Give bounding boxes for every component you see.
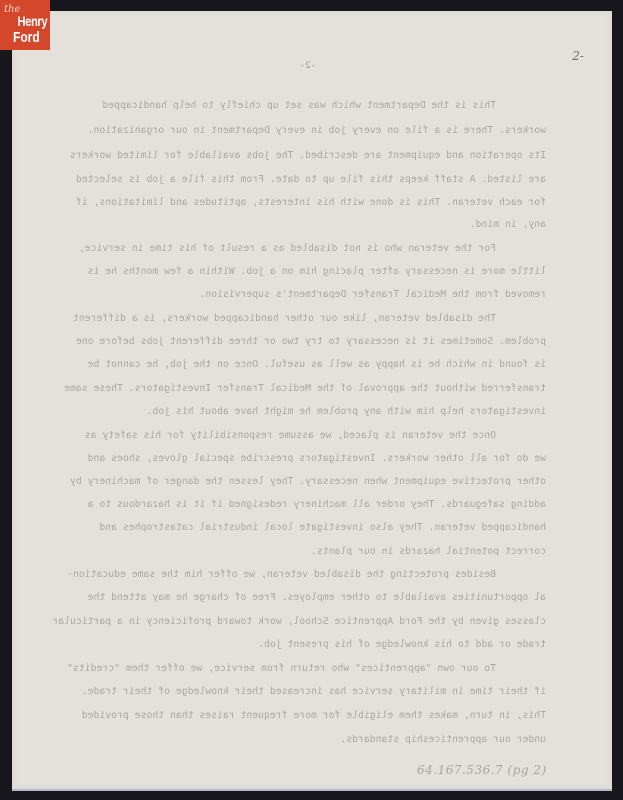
text-line: classes given by the Ford Apprentice Sch… bbox=[52, 616, 546, 627]
text-line: workers. There is a file on every job in… bbox=[88, 125, 546, 136]
typewritten-text-mirrored: -2- This is the Department which was set… bbox=[12, 11, 612, 789]
text-line: other protective equipment when necessar… bbox=[70, 476, 546, 487]
text-line: Besides protecting the disabled veteran,… bbox=[67, 569, 496, 580]
text-line: This is the Department which was set up … bbox=[102, 100, 496, 111]
text-line: little more is necessary after placing h… bbox=[88, 266, 546, 277]
text-line: we do for all other workers. Investigato… bbox=[88, 453, 546, 464]
text-line: is found in which he is happy as well as… bbox=[88, 359, 546, 370]
text-line: any, in mind. bbox=[470, 219, 546, 230]
text-line: handicapped veteran. They also investiga… bbox=[99, 522, 546, 533]
text-line: Once the veteran is placed, we assume re… bbox=[85, 430, 496, 441]
text-line: correct potential hazards in our plants. bbox=[311, 546, 546, 557]
text-line: This, in turn, makes them eligible for m… bbox=[82, 710, 546, 721]
logo-ford: Ford bbox=[13, 29, 40, 46]
text-line: al opportunities available to other empl… bbox=[88, 592, 546, 603]
text-line: under our apprenticeship standards. bbox=[340, 734, 546, 745]
text-line: for each veteran. This is done with his … bbox=[76, 197, 546, 208]
page-number: -2- bbox=[300, 61, 316, 71]
text-line: investigators help him with any problem … bbox=[146, 406, 546, 417]
document-page: 2- -2- This is the Department which was … bbox=[12, 11, 612, 789]
text-line: if their time in military service has in… bbox=[82, 686, 546, 697]
text-line: To our own "apprentices" who return from… bbox=[67, 663, 496, 674]
text-line: adding safeguards. They order all machin… bbox=[88, 499, 546, 510]
text-line: The disabled veteran, like our other han… bbox=[73, 313, 496, 324]
text-line: removed from the Medical Transfer Depart… bbox=[199, 289, 546, 300]
logo-henry: Henry bbox=[17, 13, 47, 29]
henry-ford-logo: the Henry Ford bbox=[0, 0, 50, 50]
handwritten-catalog-number: 64.167.536.7 (pg 2) bbox=[417, 763, 547, 777]
text-line: problem. Sometimes it is necessary to tr… bbox=[76, 336, 546, 347]
text-line: transferred without the approval of the … bbox=[64, 383, 546, 394]
text-line: trade or add to his knowledge of his pre… bbox=[258, 639, 546, 650]
text-line: For the veteran who is not disabled as a… bbox=[79, 243, 496, 254]
text-line: Its operation and equipment are describe… bbox=[70, 150, 546, 161]
text-line: are listed. A staff keeps this file up t… bbox=[76, 174, 546, 185]
